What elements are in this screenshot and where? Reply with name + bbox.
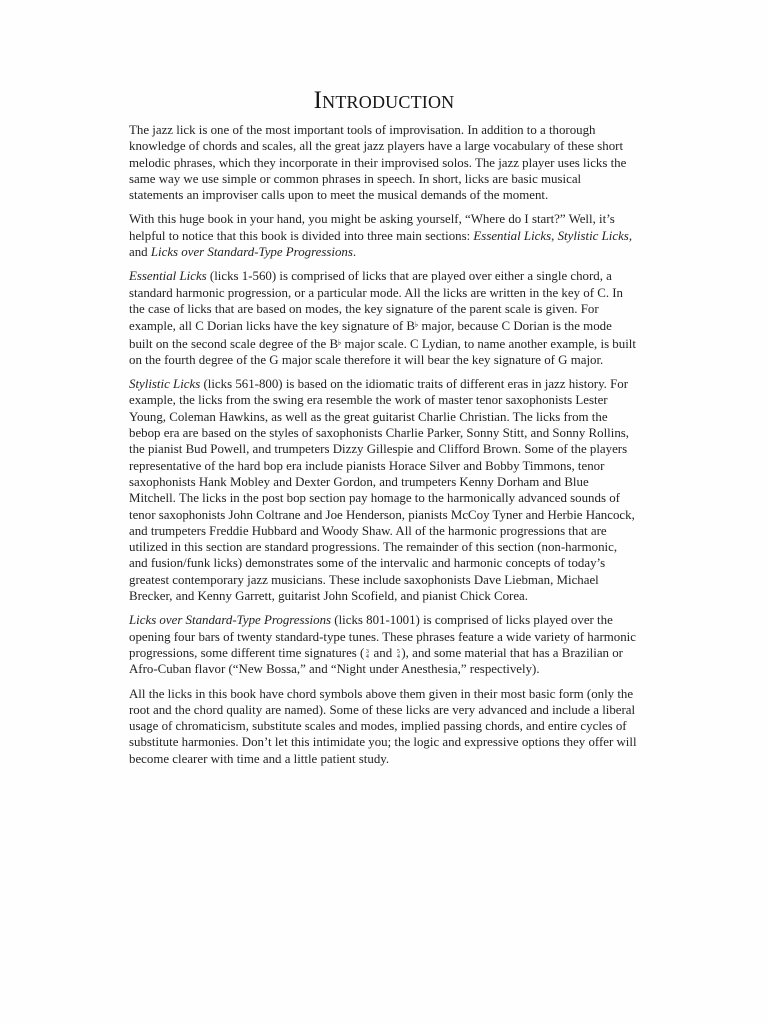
conjunction: and	[370, 646, 395, 660]
paragraph-heading: Essential Licks	[129, 269, 207, 283]
period: .	[353, 245, 356, 259]
paragraph-heading: Licks over Standard-Type Progressions	[129, 613, 331, 627]
section-name-standard-progressions: Licks over Standard-Type Progressions	[151, 245, 353, 259]
paragraph-standard-progressions: Licks over Standard-Type Progressions (l…	[129, 612, 637, 677]
page-title: Introduction	[0, 86, 768, 116]
paragraph-chord-symbols: All the licks in this book have chord sy…	[129, 686, 637, 767]
section-name-essential-licks: Essential Licks	[473, 229, 551, 243]
document-page: Introduction The jazz lick is one of the…	[0, 0, 768, 1024]
paragraph-stylistic-licks: Stylistic Licks (licks 561-800) is based…	[129, 376, 637, 604]
paragraph-heading: Stylistic Licks	[129, 377, 200, 391]
paragraph-text: All the licks in this book have chord sy…	[129, 687, 637, 766]
paragraph-text: (licks 561-800) is based on the idiomati…	[129, 377, 635, 603]
paragraph-essential-licks: Essential Licks (licks 1-560) is compris…	[129, 268, 637, 368]
paragraph-intro: The jazz lick is one of the most importa…	[129, 122, 637, 203]
section-name-stylistic-licks: Stylistic Licks	[558, 229, 629, 243]
body-text: The jazz lick is one of the most importa…	[129, 122, 637, 775]
paragraph-sections: With this huge book in your hand, you mi…	[129, 211, 637, 260]
paragraph-text: The jazz lick is one of the most importa…	[129, 123, 626, 202]
